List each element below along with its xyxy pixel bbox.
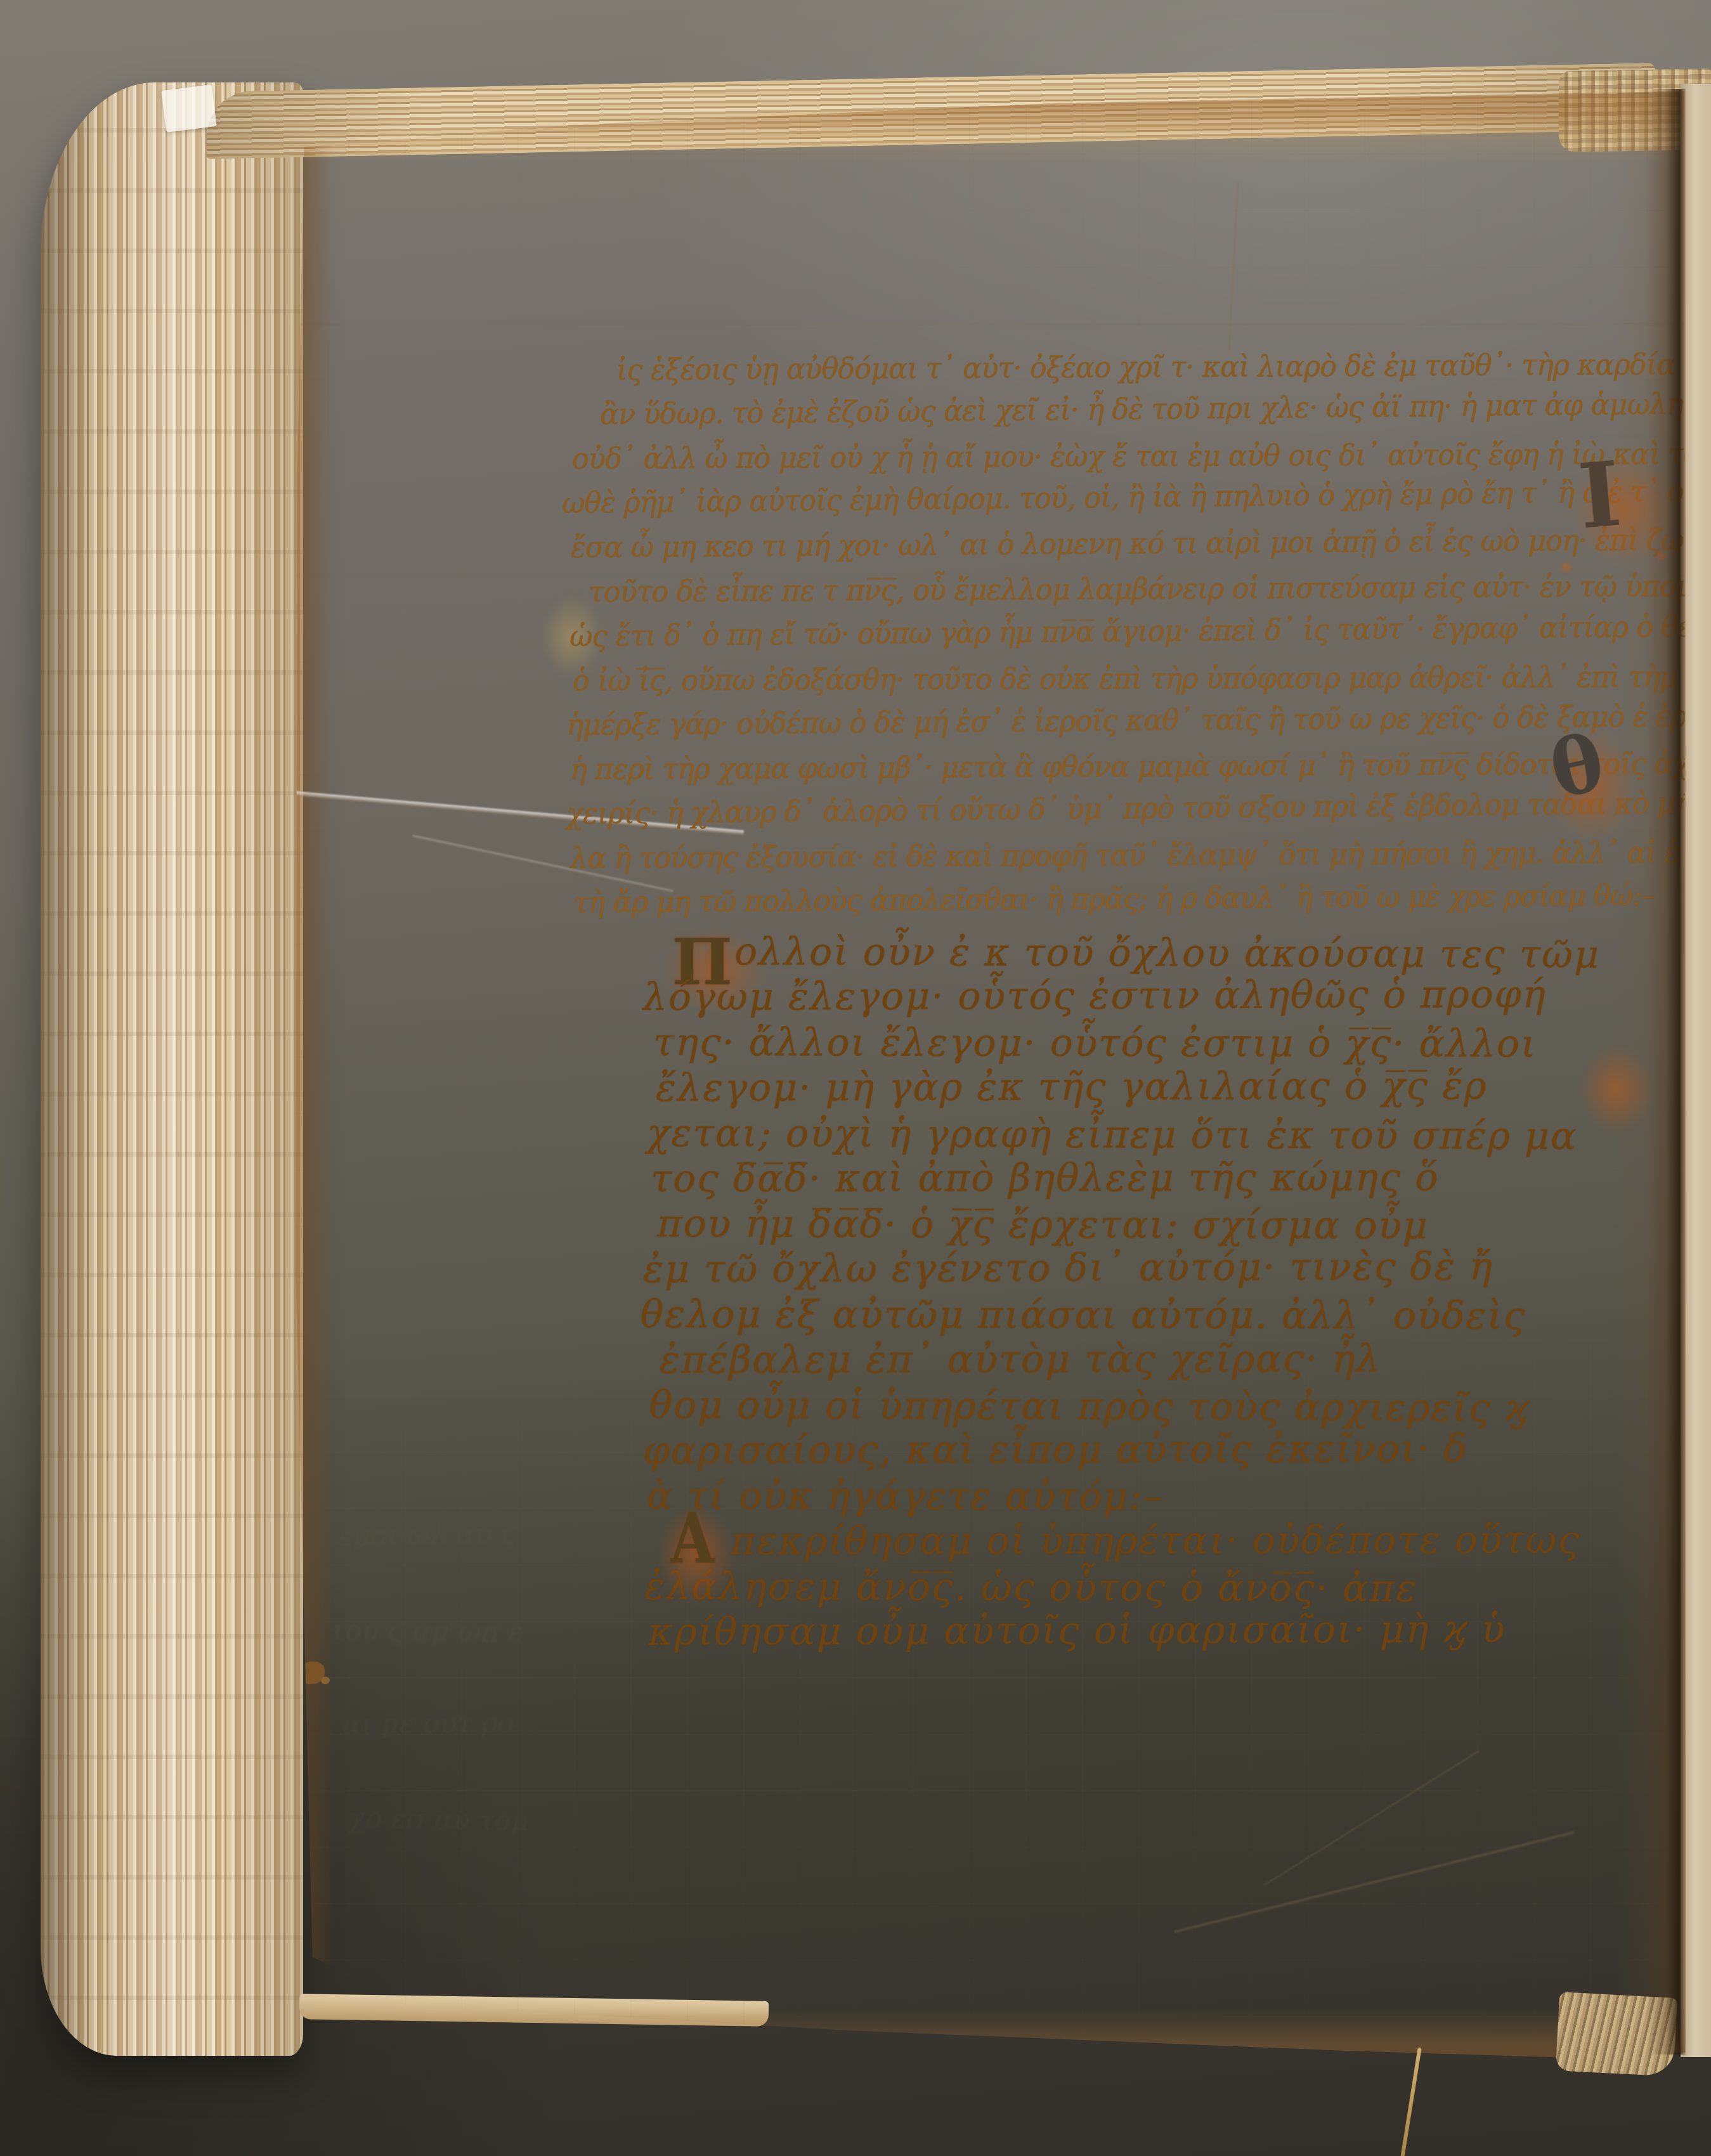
rust-speck bbox=[1561, 563, 1571, 572]
gospel-line: φαρισαίους, καὶ εἶπομ αὐτοῖς ἐκεῖνοι· δ bbox=[643, 1426, 1468, 1472]
gutter-shadow bbox=[1646, 89, 1686, 2055]
bookmark-string bbox=[1400, 2048, 1421, 2156]
gospel-line: θελομ ἐξ αὐτῶμ πιάσαι αὐτόμ. ἀλλ᾽ οὐδεὶς bbox=[641, 1292, 1526, 1338]
gospel-line: που ἦμ δ̅α̅δ̅· ὁ χ̅ς̅ ἔρχεται: σχίσμα οὖ… bbox=[657, 1202, 1429, 1248]
ghost-line: αι με ουτ ρο bbox=[342, 1707, 515, 1741]
commentary-line: τοῦτο δὲ εἶπε πε τ πν̅ς̅, οὗ ἔμελλομ λαμ… bbox=[589, 568, 1711, 609]
commentary-line: ὁ ἰὼ ἰ̅ς̅, οὔπω ἐδοξάσθη· τοῦτο δὲ οὐκ ἐ… bbox=[573, 659, 1677, 698]
gospel-line: ολλοὶ οὖν ἐ κ τοῦ ὄχλου ἀκούσαμ τες τῶμ bbox=[734, 930, 1600, 977]
gospel-line: πεκρίθησαμ οἱ ὑπηρέται· οὐδέποτε οὕτως bbox=[731, 1517, 1580, 1563]
commentary-line: ἰς ἑξέοις ὑῃ αὐθδόμαι τ᾽ αὐτ· ὀξέαο χρῖ … bbox=[616, 346, 1711, 387]
gospel-line: θομ οὖμ οἱ ὑπηρέται πρὸς τοὺς ἀρχιερεῖς … bbox=[649, 1383, 1530, 1431]
initial-alpha: Α bbox=[671, 1499, 715, 1579]
gospel-line: λόγωμ ἔλεγομ· οὗτός ἐστιν ἀληθῶς ὁ προφή bbox=[643, 972, 1547, 1020]
fold-line bbox=[293, 323, 1686, 325]
gospel-line: της· ἄλλοι ἔλεγομ· οὗτός ἐστιμ ὁ χ̅ς̅· ἄ… bbox=[653, 1020, 1537, 1066]
gospel-line: ἔλεγομ· μὴ γὰρ ἐκ τῆς γαλιλαίας ὁ χ̅ς̅ ἔ… bbox=[656, 1063, 1488, 1110]
gospel-line: κρίθησαμ οὖμ αὐτοῖς οἱ φαρισαῖοι· μὴ ϗ ὑ bbox=[648, 1607, 1506, 1654]
fore-edge-leaves bbox=[41, 82, 303, 2056]
photograph-background: εμοι ωλ αυ ϛτου ϛ αμ ωπ εαι με ουτ ροχο … bbox=[0, 0, 1711, 2156]
gospel-line: ἐπέβαλεμ ἐπ᾽ αὐτὸμ τὰς χεῖρας· ἦλ bbox=[660, 1337, 1382, 1382]
manuscript-page: εμοι ωλ αυ ϛτου ϛ αμ ωπ εαι με ουτ ροχο … bbox=[293, 81, 1686, 2072]
gospel-line: ἐμ τῶ ὄχλω ἐγένετο δι᾽ αὐτόμ· τινὲς δὲ ἤ bbox=[643, 1244, 1493, 1292]
gospel-line: ἐλάλησεμ ἄνο̅ς̅. ὡς οὗτος ὁ ἄνο̅ς̅· ἀπε bbox=[644, 1564, 1417, 1611]
ghost-line: εμοι ωλ αυ ϛ bbox=[337, 1517, 517, 1553]
ghost-line: του ϛ αμ ωπ ε bbox=[330, 1614, 523, 1649]
ink-blot bbox=[321, 1677, 330, 1684]
commentary-line: οὐδ᾽ ἀλλ ὦ πὸ μεῖ οὐ χ ἧ ᾑ αἴ μου· ἐὼχ ἔ… bbox=[572, 436, 1711, 476]
tape-tab bbox=[161, 84, 216, 132]
gospel-line: τος δ̅α̅δ̅· καὶ ἀπὸ βηθλεὲμ τῆς κώμης ὅ bbox=[651, 1155, 1440, 1200]
ghost-line: χο εσ αυ τομ bbox=[349, 1802, 530, 1838]
commentary-line: λα ἢ τούσης ἐξουσία· εἰ δὲ καὶ προφῆ ταῦ… bbox=[570, 834, 1711, 875]
gospel-line: χεται; οὐχὶ ἡ γραφὴ εἶπεμ ὅτι ἐκ τοῦ σπέ… bbox=[647, 1111, 1578, 1159]
